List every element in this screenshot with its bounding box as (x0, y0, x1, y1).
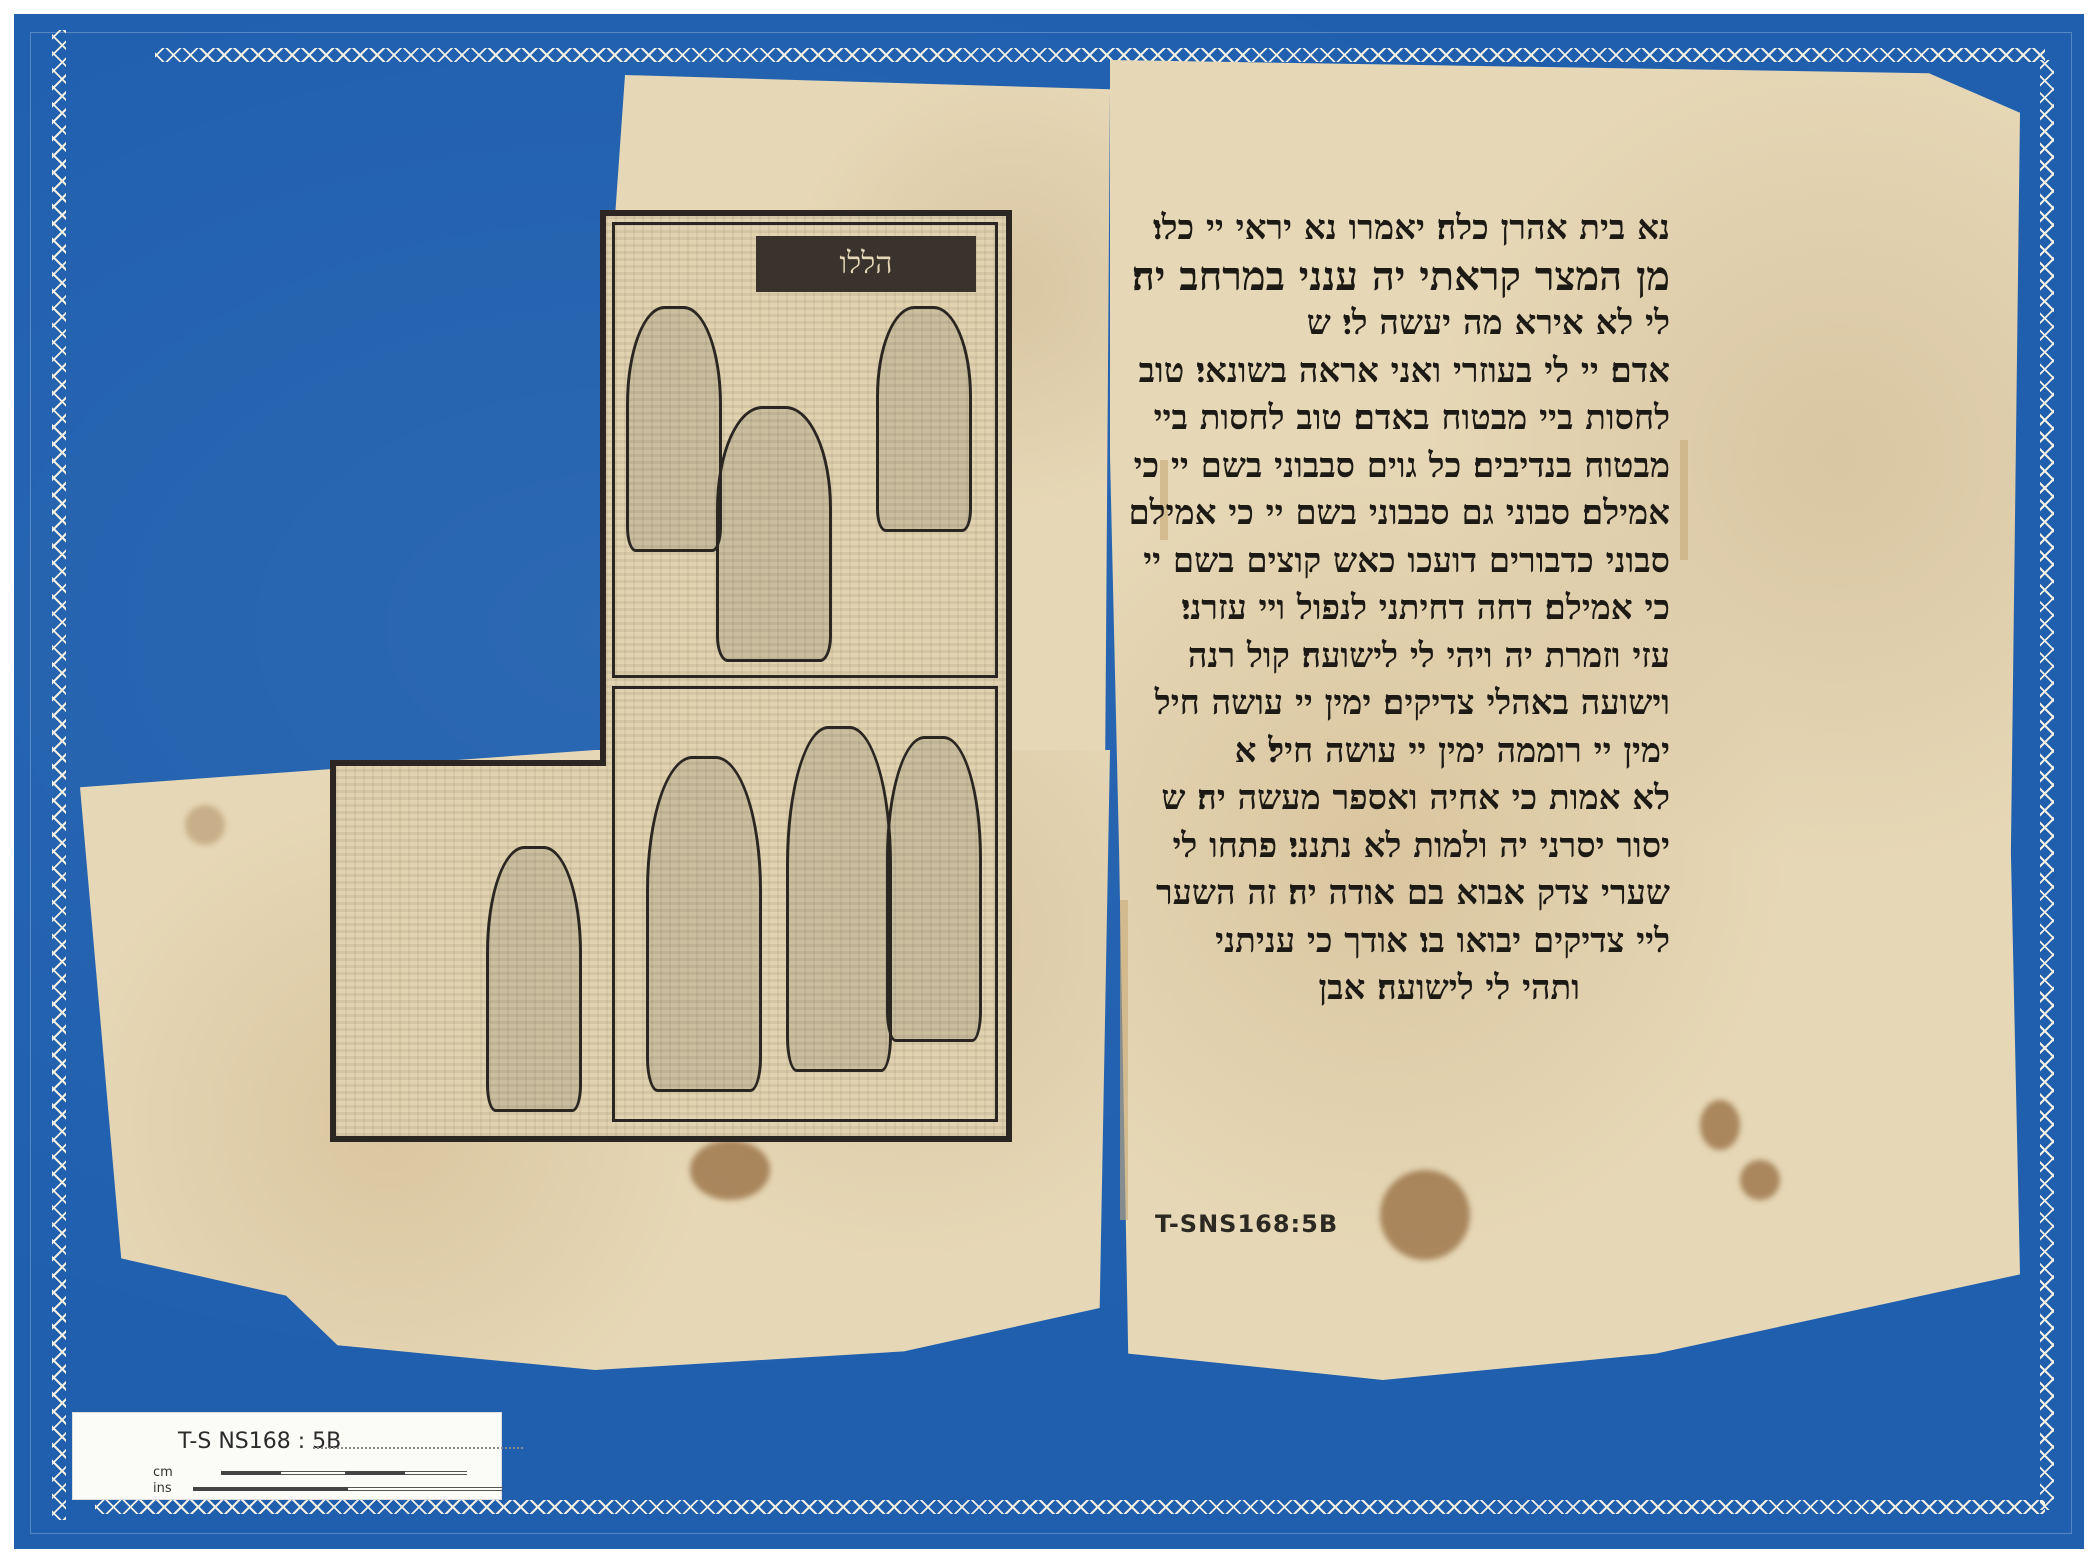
woodcut-figure (786, 726, 892, 1072)
text-line: לחסות ביי מבטוח באדם׃ טוב לחסות ביי (1130, 395, 1670, 443)
cm-scale-bar (221, 1471, 281, 1475)
scale-cm-label: cm (153, 1465, 173, 1480)
text-line: ליי צדיקים יבואו בו׃ אודך כי עניתני (1130, 918, 1670, 966)
stain (1380, 1170, 1470, 1260)
stain (1740, 1160, 1780, 1200)
text-line: אדם׃ יי לי בעוזרי ואני אראה בשונאי׃ טוב (1130, 348, 1670, 396)
cm-scale-bar (281, 1471, 345, 1475)
page-shelfmark: T-SNS168:5B (1155, 1210, 1338, 1238)
woodcut-figure (626, 306, 722, 552)
cm-scale-bar (345, 1471, 405, 1475)
text-line: עזי וזמרת יה ויהי לי לישועה׃ קול רנה (1130, 633, 1670, 681)
text-line: מן המצר קראתי יה ענני במרחב יה׃ יי (1130, 253, 1670, 301)
text-line: נא בית אהרן כלה׃ יאמרו נא יראי יי כלו׃ (1130, 205, 1670, 253)
woodcut-illustration: הללו (600, 210, 1012, 1142)
text-line: לא אמות כי אחיה ואספר מעשה יה׃ ש (1130, 775, 1670, 823)
scale-ins-label: ins (153, 1481, 172, 1496)
text-line: ימין יי רוממה ימין יי עושה חיל׃ א (1130, 728, 1670, 776)
text-line: לי לא אירא מה יעשה לי׃ ש (1130, 300, 1670, 348)
ins-scale-bar (348, 1487, 503, 1491)
top-stitching (155, 48, 2045, 62)
stain (185, 805, 225, 845)
label-shelfmark: T-S NS168 : 5B (178, 1429, 341, 1454)
text-line: ותהי לי לישועה׃ אבן (1130, 965, 1670, 1013)
text-line: סבוני כדבורים דועכו כאש קוצים בשם יי (1130, 538, 1670, 586)
stain (1700, 1100, 1740, 1150)
right-stitching (2040, 60, 2054, 1510)
conservation-tape (1120, 900, 1128, 1220)
conservation-tape (1680, 440, 1688, 560)
woodcut-illustration-lower-left (330, 760, 606, 1142)
woodcut-figure (876, 306, 972, 532)
text-line: מבטוח בנדיבים׃ כל גוים סבבוני בשם יי כי (1130, 443, 1670, 491)
bottom-stitching (95, 1500, 2045, 1514)
text-line: וישועה באהלי צדיקים׃ ימין יי עושה חיל (1130, 680, 1670, 728)
text-line: שערי צדק אבוא בם אודה יה׃ זה השער (1130, 870, 1670, 918)
woodcut-figure (716, 406, 832, 662)
hebrew-text-block: נא בית אהרן כלה׃ יאמרו נא יראי יי כלו׃ מ… (1130, 205, 1670, 1013)
text-line: אמילם׃ סבוני גם סבבוני בשם יי כי אמילם (1130, 490, 1670, 538)
text-line: יסור יסרני יה ולמות לא נתנני׃ פתחו לי (1130, 823, 1670, 871)
left-stitching (52, 30, 66, 1520)
ins-scale-bar (193, 1487, 348, 1491)
text-line: כי אמילם׃ דחה דחיתני לנפול ויי עזרני׃ (1130, 585, 1670, 633)
woodcut-figure (886, 736, 982, 1042)
cm-scale-bar (405, 1471, 467, 1475)
woodcut-figure (486, 846, 582, 1112)
stain (690, 1140, 770, 1200)
label-dotted-line (313, 1447, 523, 1449)
catalogue-label: T-S NS168 : 5B cm ins (72, 1412, 502, 1500)
woodcut-figure (646, 756, 762, 1092)
